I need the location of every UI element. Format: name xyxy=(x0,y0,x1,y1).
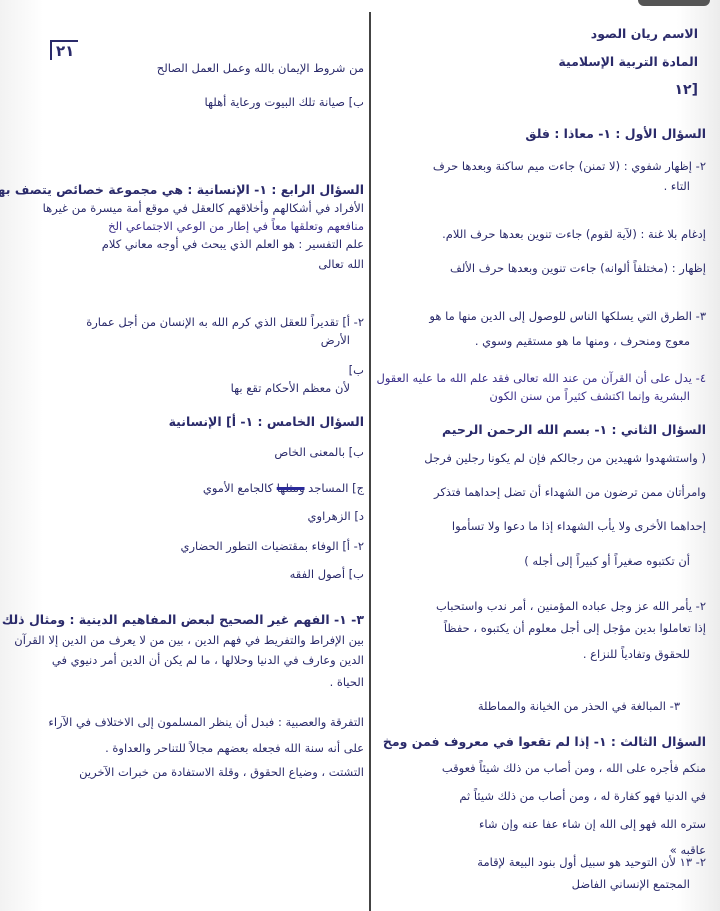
q2-verse-4: أن تكتبوه صغيراً أو كبيراً إلى أجله ) xyxy=(524,555,690,569)
q1-item2b: إدغام بلا غنة : (لآية لقوم) جاءت تنوين ب… xyxy=(442,228,706,242)
q1-item4-cont: البشرية وإنما اكتشف كثيراً من سنن الكون xyxy=(489,390,690,404)
qlast-line-7: التشتت ، وضياع الحقوق ، وقلة الاستفادة م… xyxy=(79,766,364,780)
q2-item3: ٣- المبالغة في الحذر من الخيانة والمماطل… xyxy=(478,700,680,714)
q4-line-3: منافعهم وتعلقها معاً في إطار من الوعي ال… xyxy=(108,220,364,234)
q4-line-5: الله تعالى xyxy=(318,258,364,272)
q4-item-b-label: ب] xyxy=(349,364,364,378)
q5-title: السؤال الخامس : ١- أ] الإنسانية xyxy=(169,414,364,429)
q5-c-prefix: ج] المساجد xyxy=(308,481,364,495)
q3-line-2: منكم فأجره على الله ، ومن أصاب من ذلك شي… xyxy=(442,762,706,776)
top-line-1: من شروط الإيمان بالله وعمل العمل الصالح xyxy=(157,62,364,76)
q4-title: السؤال الرابع : ١- الإنسانية : هي مجموعة… xyxy=(0,182,364,197)
q4-line-2: الأفراد في أشكالهم وأخلاقهم كالعقل في مو… xyxy=(43,202,364,216)
q2-verse-3: إحداهما الأخرى ولا يأب الشهداء إذا ما دع… xyxy=(452,520,706,534)
qlast-title: ٣- ١- الفهم غير الصحيح لبعض المفاهيم الد… xyxy=(0,612,364,627)
exam-page: الاسم ريان الصود المادة التربية الإسلامي… xyxy=(0,0,720,911)
q3-item2: ٢- ١٣ لأن التوحيد هو سبيل أول بنود البيع… xyxy=(477,856,706,870)
q1-item3: ٣- الطرق التي يسلكها الناس للوصول إلى ال… xyxy=(429,310,706,324)
q1-item3-cont: معوج ومنحرف ، ومنها ما هو مستقيم وسوي . xyxy=(475,335,690,349)
q1-title: السؤال الأول : ١- معاذا : فلق xyxy=(525,126,706,141)
q3-title: السؤال الثالث : ١- إذا لم تقعوا في معروف… xyxy=(383,734,706,749)
student-name: الاسم ريان الصود xyxy=(591,26,698,41)
q1-item2a-cont: التاء . xyxy=(664,180,690,194)
qlast-line-3: الدين وعارف في الدنيا وحلالها ، ما لم يك… xyxy=(52,654,364,668)
subject-name: المادة التربية الإسلامية xyxy=(558,54,698,69)
q5-c-suffix: كالجامع الأموي xyxy=(203,481,273,495)
q5-d: د] الزهراوي xyxy=(308,510,364,524)
q4-item2-cont: الأرض xyxy=(321,334,350,348)
photo-edge-tab xyxy=(638,0,710,6)
q1-item2a: ٢- إظهار شفوي : (لا تمنن) جاءت ميم ساكنة… xyxy=(433,160,706,174)
qlast-line-5: التفرقة والعصبية : فبدل أن ينظر المسلمون… xyxy=(48,716,364,730)
q4-line-4: علم التفسير : هو العلم الذي يبحث في أوجه… xyxy=(102,238,364,252)
q5-c: ج] المساجد ومثلها كالجامع الأموي xyxy=(203,482,364,496)
q2-item2-cont1: إذا تعاملوا بدين مؤجل إلى أجل معلوم أن ي… xyxy=(444,622,706,636)
q2-verse-2: وامرأتان ممن ترضون من الشهداء أن تضل إحد… xyxy=(434,486,706,500)
q5-item2-a: ٢- أ] الوفاء بمقتضيات التطور الحضاري xyxy=(180,540,364,554)
q2-item2: ٢- يأمر الله عز وجل عباده المؤمنين ، أمر… xyxy=(436,600,706,614)
q2-verse-1: ( واستشهدوا شهيدين من رجالكم فإن لم يكون… xyxy=(424,452,706,466)
q2-title: السؤال الثاني : ١- بسم الله الرحمن الرحي… xyxy=(442,422,706,437)
q1-item2c: إظهار : (مختلفاً ألوانه) جاءت تنوين وبعد… xyxy=(450,262,706,276)
q4-item-b: لأن معظم الأحكام تقع بها xyxy=(231,382,350,396)
column-divider xyxy=(369,12,371,911)
qlast-line-2: بين الإفراط والتفريط في فهم الدين ، بين … xyxy=(14,634,364,648)
q2-item2-cont2: للحقوق وتفادياً للنزاع . xyxy=(583,648,690,662)
score-box: ٢١ xyxy=(50,40,78,60)
grade-level: [١٢ xyxy=(675,82,699,99)
q3-line-3: في الدنيا فهو كفارة له ، ومن أصاب من ذلك… xyxy=(459,790,706,804)
q5-item2-b: ب] أصول الفقه xyxy=(290,568,364,582)
q5-c-struck: ومثلها xyxy=(277,481,305,495)
q1-item4: ٤- يدل على أن القرآن من عند الله تعالى ف… xyxy=(377,372,706,386)
qlast-line-6: على أنه سنة الله فجعله بعضهم مجالاً للتن… xyxy=(105,742,364,756)
q4-item2: ٢- أ] تقديراً للعقل الذي كرم الله به الإ… xyxy=(86,316,364,330)
q3-line-4: ستره الله فهو إلى الله إن شاء عفا عنه وإ… xyxy=(479,818,706,832)
q3-item2-cont: المجتمع الإنساني الفاضل xyxy=(572,878,690,892)
top-line-2: ب] صيانة تلك البيوت ورعاية أهلها xyxy=(204,96,364,110)
q5-b: ب] بالمعنى الخاص xyxy=(274,446,364,460)
qlast-line-4: الحياة . xyxy=(330,676,364,690)
